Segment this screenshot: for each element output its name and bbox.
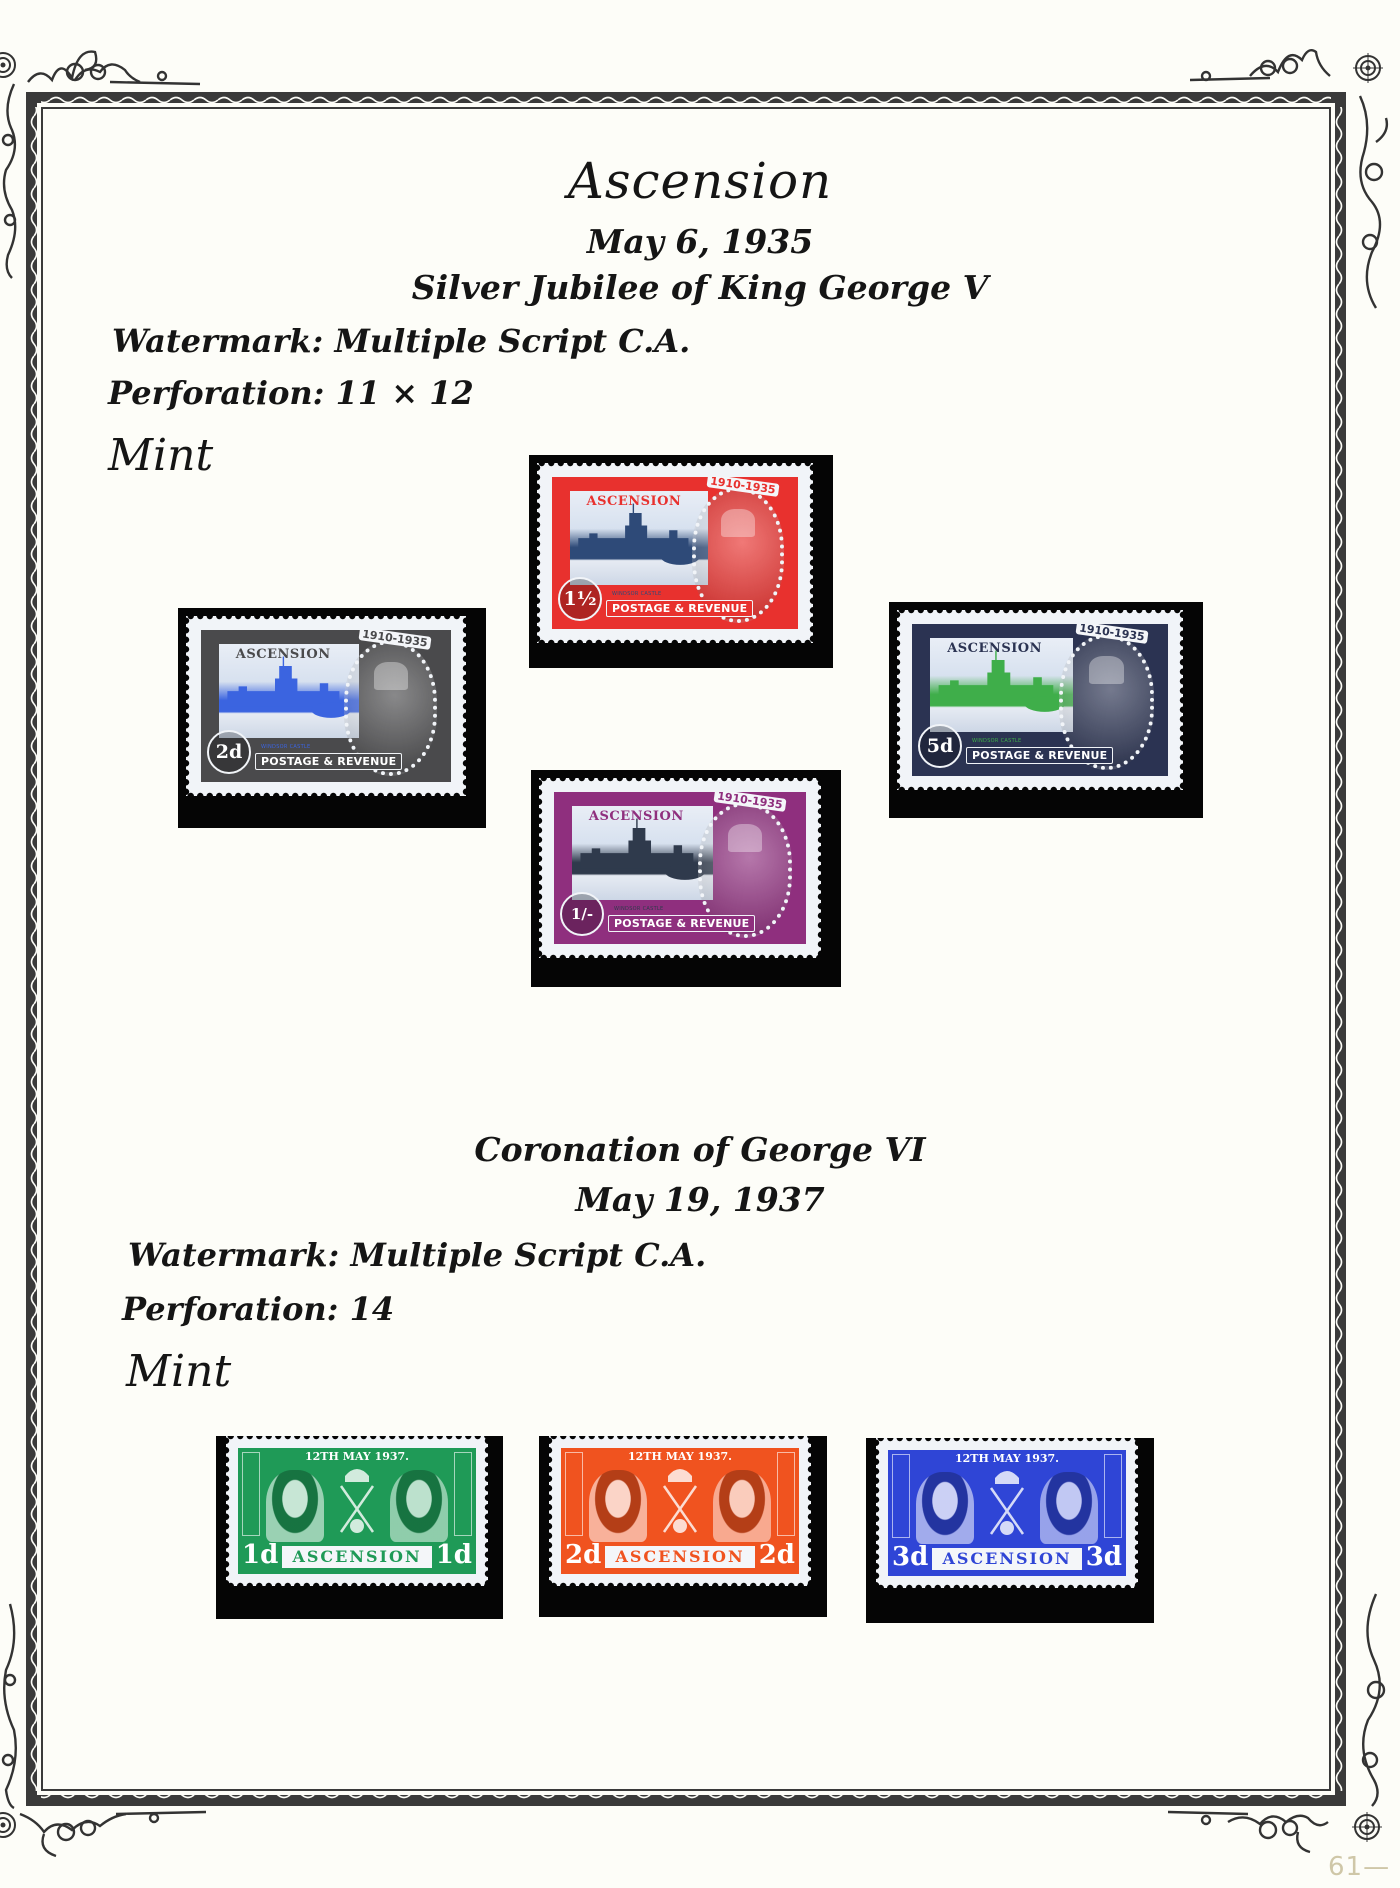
stamp-mount-coronation-2d: 12TH MAY 1937.2d2dASCENSION — [539, 1436, 827, 1617]
sword-column-right — [454, 1452, 472, 1536]
stamp-caption: WINDSOR CASTLE — [614, 906, 663, 912]
stamp-silver-jubilee: ASCENSION1910-19351/-WINDSOR CASTLEPOSTA… — [539, 778, 821, 958]
queen-elizabeth-portrait — [589, 1470, 647, 1542]
stamp-country-label: ASCENSION — [282, 1546, 432, 1568]
perforation-info: Perforation: 11 × 12 — [108, 374, 474, 412]
stamp-design: ASCENSION1910-19351½WINDSOR CASTLEPOSTAG… — [552, 477, 798, 629]
postage-revenue-banner: POSTAGE & REVENUE — [255, 753, 402, 770]
issue-name: Silver Jubilee of King George V — [0, 268, 1400, 307]
condition-label: Mint — [126, 1346, 231, 1397]
corner-flourish-bottom-left-icon — [16, 1810, 206, 1860]
sword-column-right — [1104, 1454, 1122, 1538]
queen-elizabeth-portrait — [266, 1470, 324, 1542]
page-number: 61— — [1328, 1852, 1390, 1882]
king-george-vi-portrait — [390, 1470, 448, 1542]
stamp-design: ASCENSION1910-19355dWINDSOR CASTLEPOSTAG… — [912, 624, 1168, 776]
king-george-vi-portrait — [713, 1470, 771, 1542]
stamp-country-label: ASCENSION — [947, 641, 1042, 656]
watermark-info: Watermark: Multiple Script C.A. — [128, 1236, 706, 1274]
side-flourish-right-bottom-icon — [1352, 1590, 1397, 1810]
stamp-country-label: ASCENSION — [236, 647, 331, 662]
stamp-mount-1d: ASCENSION1910-19351½WINDSOR CASTLEPOSTAG… — [529, 455, 833, 668]
stamp-mount-coronation-3d: 12TH MAY 1937.3d3dASCENSION — [866, 1438, 1154, 1623]
stamp-mount-1: ASCENSION1910-19351/-WINDSOR CASTLEPOSTA… — [531, 770, 841, 987]
side-flourish-left-bottom-icon — [0, 1600, 22, 1810]
corner-flourish-top-left-icon — [0, 38, 210, 98]
stamp-country-label: ASCENSION — [589, 809, 684, 824]
corner-flourish-top-right-icon — [1190, 38, 1350, 88]
stamp-value: 5d — [918, 724, 962, 768]
crown-and-sceptres-icon — [660, 1460, 700, 1540]
stamp-value: 1/- — [560, 892, 604, 936]
crown-icon — [728, 824, 762, 852]
postage-revenue-banner: POSTAGE & REVENUE — [606, 600, 753, 617]
corner-flourish-bottom-right-icon — [1168, 1808, 1348, 1858]
sceptre-column-left — [565, 1452, 583, 1536]
stamp-value: 2d — [207, 730, 251, 774]
stamp-country-label: ASCENSION — [932, 1548, 1082, 1570]
crown-icon — [374, 662, 408, 690]
watermark-info: Watermark: Multiple Script C.A. — [112, 322, 690, 360]
stamp-value-right: 3d — [1086, 1542, 1122, 1572]
stamp-caption: WINDSOR CASTLE — [261, 744, 310, 750]
stamp-coronation: 12TH MAY 1937.2d2dASCENSION — [549, 1436, 811, 1586]
condition-label: Mint — [108, 430, 213, 481]
king-george-vi-portrait — [1040, 1472, 1098, 1544]
stamp-design: ASCENSION1910-19352dWINDSOR CASTLEPOSTAG… — [201, 630, 451, 782]
stamp-silver-jubilee: ASCENSION1910-19355dWINDSOR CASTLEPOSTAG… — [897, 610, 1183, 790]
issue-date: May 6, 1935 — [0, 222, 1400, 261]
corner-rosette-top-right-icon — [1353, 53, 1383, 83]
sword-column-right — [777, 1452, 795, 1536]
issue-name: Coronation of George VI — [0, 1130, 1400, 1169]
stamp-caption: WINDSOR CASTLE — [972, 738, 1021, 744]
perforation-info: Perforation: 14 — [122, 1290, 394, 1328]
stamp-value-left: 1d — [242, 1540, 278, 1570]
corner-rosette-bottom-left-icon — [0, 1810, 18, 1840]
stamp-silver-jubilee: ASCENSION1910-19351½WINDSOR CASTLEPOSTAG… — [537, 463, 813, 643]
corner-rosette-bottom-right-icon — [1352, 1812, 1382, 1842]
corner-rosette-top-left-icon — [0, 50, 18, 80]
stamp-value-left: 2d — [565, 1540, 601, 1570]
crown-icon — [1089, 656, 1124, 684]
postage-revenue-banner: POSTAGE & REVENUE — [966, 747, 1113, 764]
crown-and-sceptres-icon — [337, 1460, 377, 1540]
stamp-mount-coronation-1d: 12TH MAY 1937.1d1dASCENSION — [216, 1436, 503, 1619]
stamp-design: ASCENSION1910-19351/-WINDSOR CASTLEPOSTA… — [554, 792, 806, 944]
stamp-coronation: 12TH MAY 1937.3d3dASCENSION — [876, 1438, 1138, 1588]
stamp-mount-5d: ASCENSION1910-19355dWINDSOR CASTLEPOSTAG… — [889, 602, 1203, 818]
stamp-value-left: 3d — [892, 1542, 928, 1572]
queen-elizabeth-portrait — [916, 1472, 974, 1544]
issue-date: May 19, 1937 — [0, 1180, 1400, 1219]
stamp-country-label: ASCENSION — [605, 1546, 755, 1568]
stamp-coronation: 12TH MAY 1937.1d1dASCENSION — [226, 1436, 488, 1586]
stamp-design: 12TH MAY 1937.3d3dASCENSION — [888, 1450, 1126, 1576]
stamp-design: 12TH MAY 1937.1d1dASCENSION — [238, 1448, 476, 1574]
stamp-country-label: ASCENSION — [587, 494, 682, 509]
stamp-value-right: 2d — [759, 1540, 795, 1570]
page-title: Ascension — [0, 152, 1400, 210]
postage-revenue-banner: POSTAGE & REVENUE — [608, 915, 755, 932]
stamp-caption: WINDSOR CASTLE — [612, 591, 661, 597]
stamp-silver-jubilee: ASCENSION1910-19352dWINDSOR CASTLEPOSTAG… — [186, 616, 466, 796]
sceptre-column-left — [892, 1454, 910, 1538]
sceptre-column-left — [242, 1452, 260, 1536]
stamp-value: 1½ — [558, 577, 602, 621]
stamp-value-right: 1d — [436, 1540, 472, 1570]
stamp-mount-2d: ASCENSION1910-19352dWINDSOR CASTLEPOSTAG… — [178, 608, 486, 828]
stamp-design: 12TH MAY 1937.2d2dASCENSION — [561, 1448, 799, 1574]
crown-icon — [721, 509, 754, 537]
crown-and-sceptres-icon — [987, 1462, 1027, 1542]
